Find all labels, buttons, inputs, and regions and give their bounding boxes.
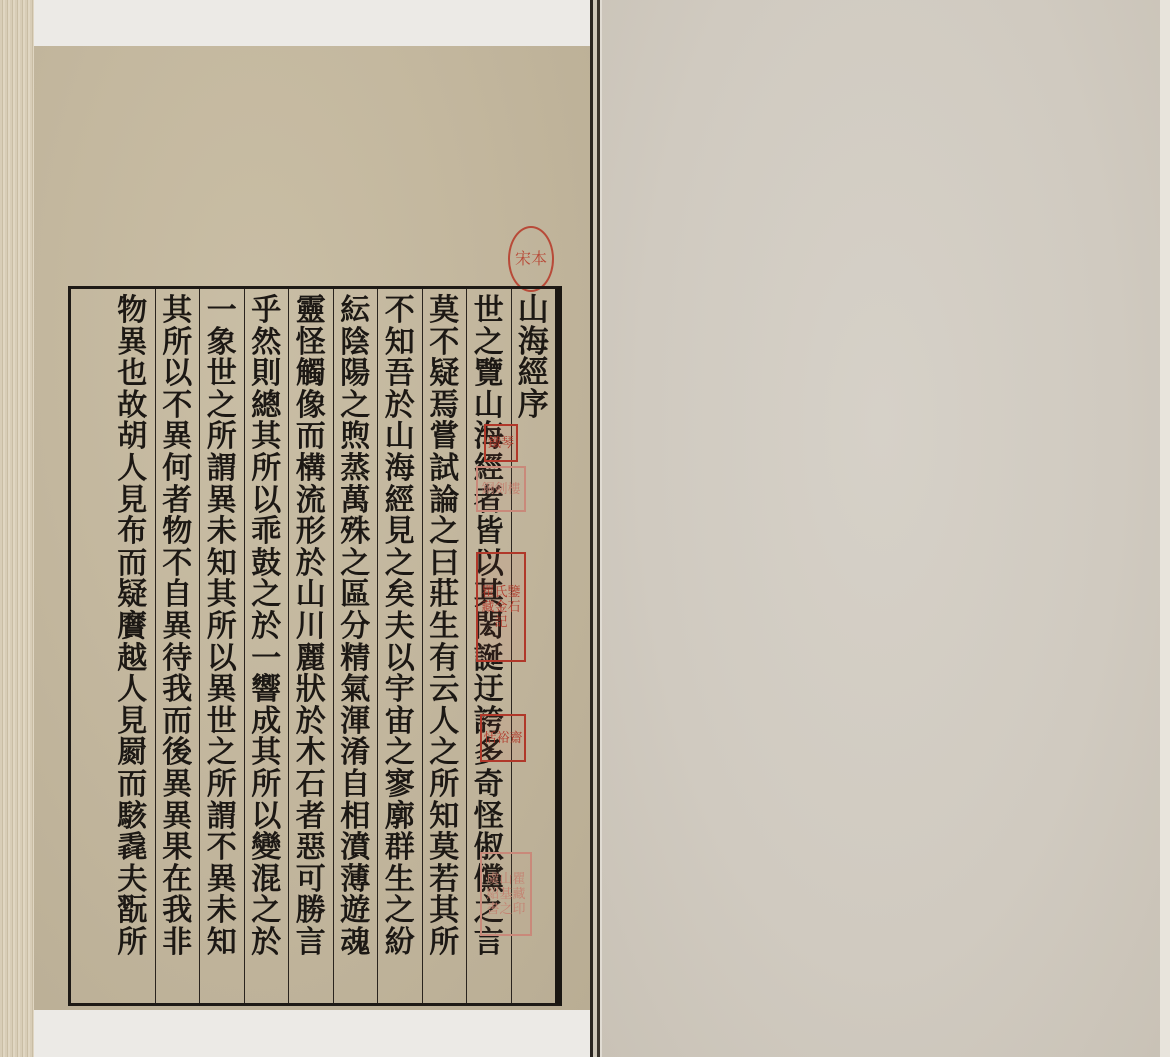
character: 知 — [424, 801, 464, 833]
book-gutter — [590, 0, 602, 1057]
character: 於 — [246, 611, 286, 643]
character: 其 — [424, 895, 464, 927]
character: 所 — [424, 927, 464, 959]
character: 我 — [157, 674, 197, 706]
character: 其 — [202, 579, 242, 611]
character: 海 — [513, 327, 553, 359]
character: 異 — [157, 611, 197, 643]
character: 總 — [246, 390, 286, 422]
character: 果 — [157, 832, 197, 864]
character: 罽 — [112, 737, 152, 769]
character: 區 — [335, 579, 375, 611]
seal-3: 瞿氏鑒藏金石記 — [476, 552, 526, 662]
character: 狀 — [291, 674, 331, 706]
character: 惡 — [291, 832, 331, 864]
character: 所 — [424, 769, 464, 801]
character: 云 — [424, 674, 464, 706]
character: 渾 — [335, 706, 375, 738]
character: 響 — [246, 674, 286, 706]
character: 其 — [246, 737, 286, 769]
character: 怪 — [469, 801, 509, 833]
character: 像 — [291, 390, 331, 422]
character: 經 — [513, 358, 553, 390]
right-page-blank — [602, 0, 1160, 1057]
text-column: 物異也故胡人見布而疑黂越人見罽而駭毳夫翫所 — [110, 289, 155, 1003]
character: 生 — [380, 864, 420, 896]
character: 異 — [202, 485, 242, 517]
character: 所 — [202, 611, 242, 643]
character: 焉 — [424, 390, 464, 422]
character: 而 — [112, 548, 152, 580]
character: 不 — [157, 548, 197, 580]
character: 以 — [246, 801, 286, 833]
character: 川 — [291, 611, 331, 643]
character: 而 — [291, 421, 331, 453]
character: 於 — [291, 548, 331, 580]
character: 言 — [291, 927, 331, 959]
character: 精 — [335, 643, 375, 675]
character: 之 — [380, 895, 420, 927]
character: 物 — [112, 295, 152, 327]
character: 後 — [157, 737, 197, 769]
character: 莊 — [424, 579, 464, 611]
character: 不 — [424, 327, 464, 359]
character: 混 — [246, 864, 286, 896]
character: 廓 — [380, 801, 420, 833]
character: 麗 — [291, 643, 331, 675]
character: 石 — [291, 769, 331, 801]
character: 之 — [246, 895, 286, 927]
character: 自 — [335, 769, 375, 801]
character: 知 — [380, 327, 420, 359]
seal-text: 宋本 — [515, 250, 547, 268]
bottom-margin — [34, 1010, 590, 1057]
character: 分 — [335, 611, 375, 643]
character: 知 — [202, 548, 242, 580]
character: 人 — [112, 453, 152, 485]
character: 之 — [380, 548, 420, 580]
character: 在 — [157, 864, 197, 896]
character: 謂 — [202, 453, 242, 485]
character: 所 — [246, 453, 286, 485]
character: 蒸 — [335, 453, 375, 485]
character: 不 — [380, 295, 420, 327]
character: 然 — [246, 327, 286, 359]
character: 靈 — [291, 295, 331, 327]
character: 非 — [157, 927, 197, 959]
character: 疑 — [424, 358, 464, 390]
character: 待 — [157, 643, 197, 675]
character: 者 — [291, 801, 331, 833]
character: 試 — [424, 453, 464, 485]
seal-1: 鐵琴 — [484, 424, 518, 462]
character: 異 — [157, 801, 197, 833]
character: 夫 — [112, 864, 152, 896]
character: 也 — [112, 358, 152, 390]
character: 見 — [112, 485, 152, 517]
character: 之 — [469, 327, 509, 359]
character: 夫 — [380, 611, 420, 643]
character: 黂 — [112, 611, 152, 643]
character: 乖 — [246, 516, 286, 548]
character: 何 — [157, 453, 197, 485]
character: 煦 — [335, 421, 375, 453]
character: 群 — [380, 832, 420, 864]
character: 以 — [380, 643, 420, 675]
character: 若 — [424, 864, 464, 896]
character: 異 — [157, 769, 197, 801]
character: 見 — [112, 706, 152, 738]
character: 其 — [246, 421, 286, 453]
character: 吾 — [380, 358, 420, 390]
character: 勝 — [291, 895, 331, 927]
character: 經 — [380, 485, 420, 517]
character: 皆 — [469, 516, 509, 548]
character: 所 — [112, 927, 152, 959]
character: 構 — [291, 453, 331, 485]
character: 之 — [246, 579, 286, 611]
seal-text: 銅劍樓 — [481, 482, 520, 497]
character: 山 — [513, 295, 553, 327]
character: 以 — [157, 358, 197, 390]
character: 木 — [291, 737, 331, 769]
seal-2: 銅劍樓 — [476, 466, 526, 512]
text-column: 乎然則總其所以乖鼓之於一響成其所以變混之於 — [244, 289, 289, 1003]
character: 未 — [202, 516, 242, 548]
character: 越 — [112, 643, 152, 675]
seal-5: 虞山瞿紹基藏書之印 — [480, 852, 532, 936]
character: 乎 — [246, 295, 286, 327]
character: 物 — [157, 516, 197, 548]
character: 異 — [112, 327, 152, 359]
character: 成 — [246, 706, 286, 738]
character: 山 — [469, 390, 509, 422]
character: 形 — [291, 516, 331, 548]
character: 不 — [157, 390, 197, 422]
character: 一 — [246, 643, 286, 675]
character: 所 — [202, 769, 242, 801]
character: 薄 — [335, 864, 375, 896]
seal-text: 虞山瞿紹基藏書之印 — [482, 872, 530, 917]
character: 殊 — [335, 516, 375, 548]
text-column: 靈怪觸像而構流形於山川麗狀於木石者惡可勝言 — [288, 289, 333, 1003]
character: 其 — [157, 295, 197, 327]
character: 於 — [380, 390, 420, 422]
character: 世 — [202, 358, 242, 390]
character: 變 — [246, 832, 286, 864]
character: 山 — [380, 421, 420, 453]
character: 之 — [202, 737, 242, 769]
character: 以 — [246, 485, 286, 517]
character: 淆 — [335, 737, 375, 769]
character: 世 — [469, 295, 509, 327]
character: 氣 — [335, 674, 375, 706]
character: 我 — [157, 895, 197, 927]
seal-4: 恬裕齋 — [480, 714, 526, 762]
character: 萬 — [335, 485, 375, 517]
character: 怪 — [291, 327, 331, 359]
character: 之 — [335, 390, 375, 422]
left-page: 宋本 山海經序世之覽山海經者皆以其閎誕迂誇多奇怪俶儻之言莫不疑焉嘗試論之曰莊生有… — [34, 46, 590, 1010]
character: 異 — [202, 864, 242, 896]
character: 異 — [202, 674, 242, 706]
character: 所 — [157, 327, 197, 359]
character: 覽 — [469, 358, 509, 390]
character: 流 — [291, 485, 331, 517]
character: 濆 — [335, 832, 375, 864]
character: 之 — [202, 390, 242, 422]
book-spread: 宋本 山海經序世之覽山海經者皆以其閎誕迂誇多奇怪俶儻之言莫不疑焉嘗試論之曰莊生有… — [0, 0, 1170, 1057]
character: 翫 — [112, 895, 152, 927]
character: 寥 — [380, 769, 420, 801]
character: 胡 — [112, 421, 152, 453]
character: 奇 — [469, 769, 509, 801]
character: 之 — [380, 737, 420, 769]
character: 迂 — [469, 674, 509, 706]
character: 謂 — [202, 801, 242, 833]
character: 之 — [424, 737, 464, 769]
character: 異 — [157, 421, 197, 453]
character: 布 — [112, 516, 152, 548]
character: 宇 — [380, 674, 420, 706]
character: 人 — [424, 706, 464, 738]
character: 而 — [157, 706, 197, 738]
character: 毳 — [112, 832, 152, 864]
character: 之 — [335, 548, 375, 580]
character: 論 — [424, 485, 464, 517]
character: 海 — [380, 453, 420, 485]
character: 嘗 — [424, 421, 464, 453]
character: 自 — [157, 579, 197, 611]
character: 世 — [202, 706, 242, 738]
character: 曰 — [424, 548, 464, 580]
character: 知 — [202, 927, 242, 959]
character: 未 — [202, 895, 242, 927]
character: 陰 — [335, 327, 375, 359]
character: 則 — [246, 358, 286, 390]
oval-seal: 宋本 — [508, 226, 554, 292]
character: 所 — [202, 421, 242, 453]
seal-text: 鐵琴 — [488, 436, 514, 451]
character: 之 — [424, 516, 464, 548]
text-column: 莫不疑焉嘗試論之曰莊生有云人之所知莫若其所 — [422, 289, 467, 1003]
character: 一 — [202, 295, 242, 327]
text-column: 一象世之所謂異未知其所以異世之所謂不異未知 — [199, 289, 244, 1003]
character: 不 — [202, 832, 242, 864]
character: 山 — [291, 579, 331, 611]
character: 於 — [291, 706, 331, 738]
text-column: 不知吾於山海經見之矣夫以宇宙之寥廓群生之紛 — [377, 289, 422, 1003]
character: 遊 — [335, 895, 375, 927]
character: 相 — [335, 801, 375, 833]
character: 可 — [291, 864, 331, 896]
character: 者 — [157, 485, 197, 517]
character: 莫 — [424, 295, 464, 327]
character: 有 — [424, 643, 464, 675]
character: 鼓 — [246, 548, 286, 580]
text-column: 紜陰陽之煦蒸萬殊之區分精氣渾淆自相濆薄遊魂 — [333, 289, 378, 1003]
seal-text: 恬裕齋 — [483, 731, 522, 746]
character: 所 — [246, 769, 286, 801]
character: 象 — [202, 327, 242, 359]
character: 觸 — [291, 358, 331, 390]
character: 序 — [513, 390, 553, 422]
character: 生 — [424, 611, 464, 643]
character: 疑 — [112, 579, 152, 611]
character: 駭 — [112, 801, 152, 833]
character: 紛 — [380, 927, 420, 959]
character: 紜 — [335, 295, 375, 327]
seal-text: 瞿氏鑒藏金石記 — [478, 585, 524, 630]
top-margin — [34, 0, 590, 46]
character: 陽 — [335, 358, 375, 390]
character: 故 — [112, 390, 152, 422]
character: 莫 — [424, 832, 464, 864]
character: 宙 — [380, 706, 420, 738]
character: 見 — [380, 516, 420, 548]
character: 於 — [246, 927, 286, 959]
character: 矣 — [380, 579, 420, 611]
right-edge — [1160, 0, 1170, 1057]
character: 人 — [112, 674, 152, 706]
character: 而 — [112, 769, 152, 801]
character: 以 — [202, 643, 242, 675]
character: 魂 — [335, 927, 375, 959]
page-edges — [0, 0, 35, 1057]
text-column: 其所以不異何者物不自異待我而後異異果在我非 — [155, 289, 200, 1003]
